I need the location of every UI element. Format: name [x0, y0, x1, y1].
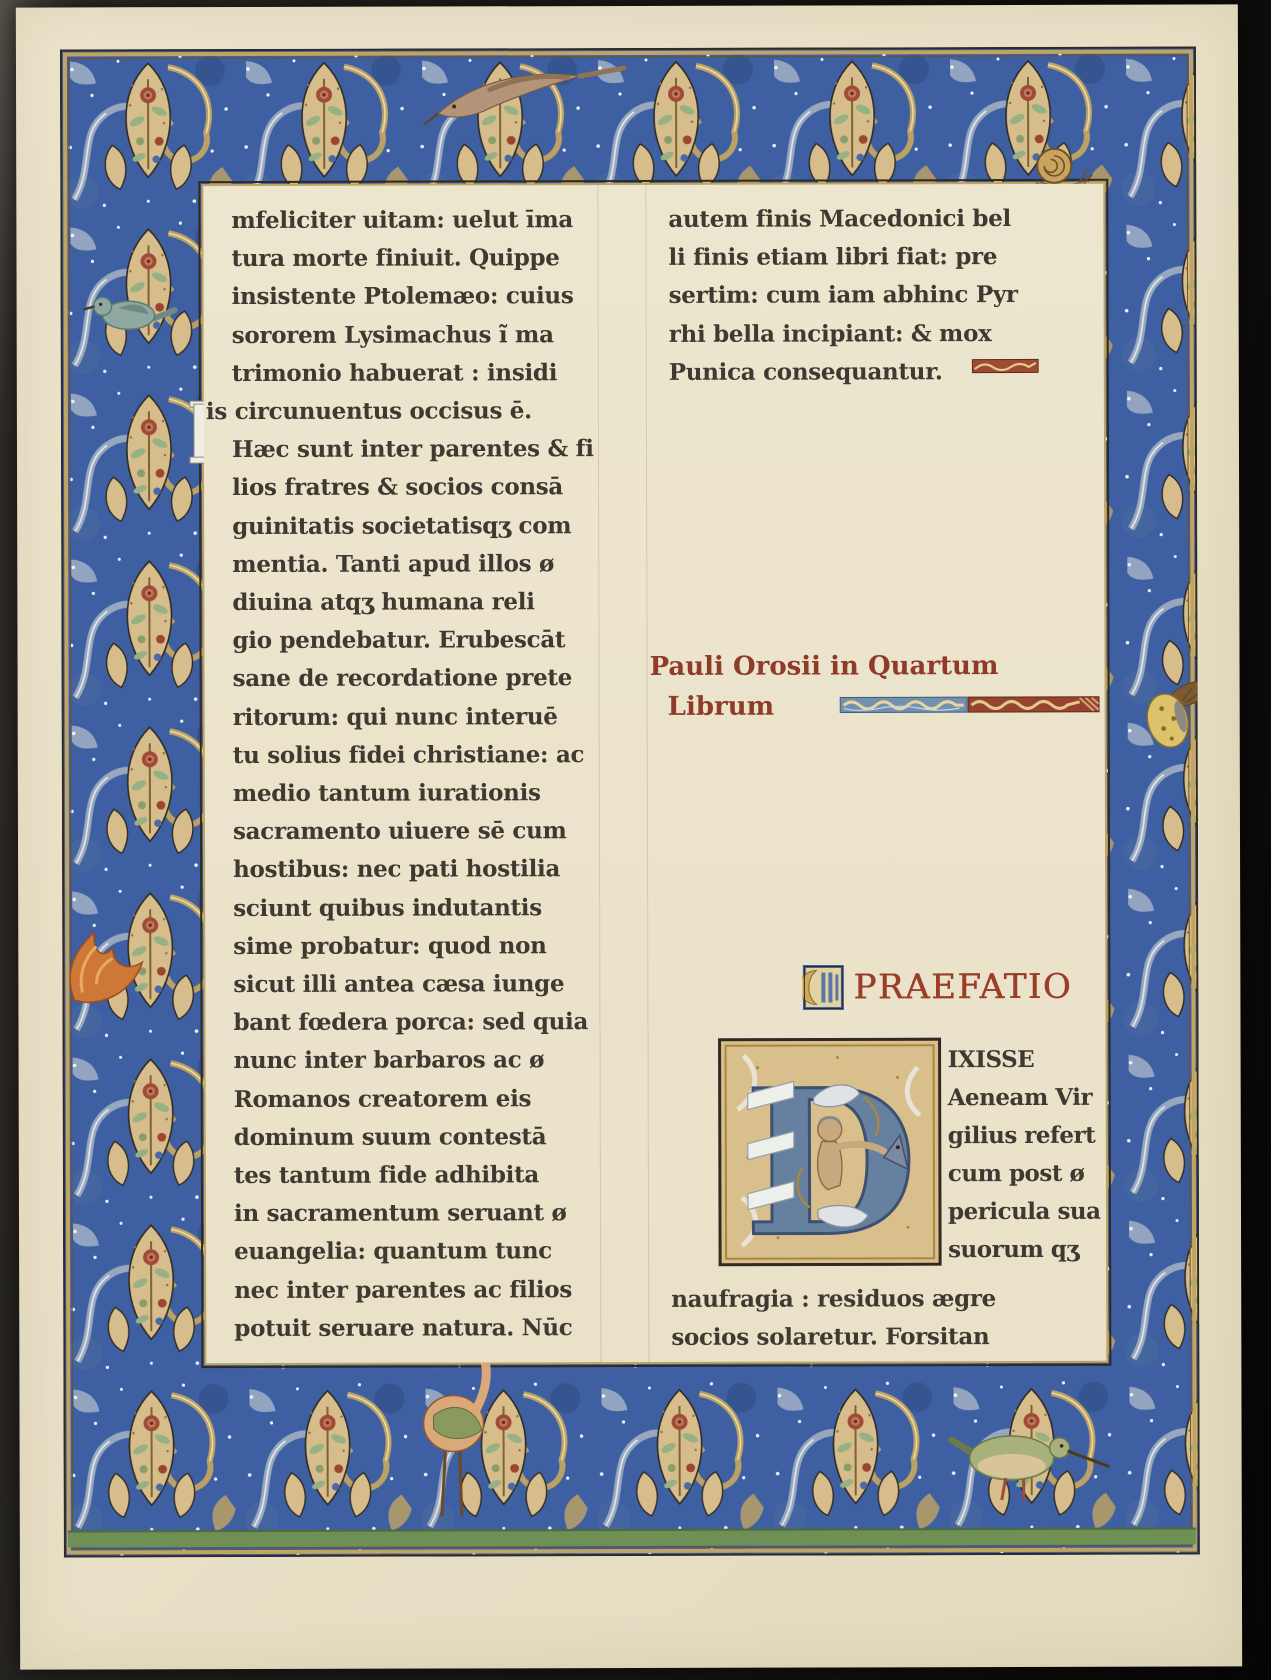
text-line: sertim: cum iam abhinc Pyr [669, 276, 1089, 315]
text-line: potuit seruare natura. Nūc [234, 1309, 604, 1348]
rubric-line: Pauli Orosii in Quartum [650, 646, 999, 687]
line-filler-blue-icon [840, 696, 968, 713]
text-line: hostibus: nec pati hostilia [233, 851, 603, 890]
text-line: rhi bella incipiant: & mox [669, 314, 1089, 353]
text-line: sane de recordatione prete [233, 660, 603, 699]
paragraph-mark-icon [802, 964, 844, 1010]
text-line: diuina atqʒ humana reli [232, 583, 602, 622]
text-line: sororem Lysimachus ĩ ma [232, 316, 602, 355]
photo-backdrop: mfeliciter uitam: uelut īmatura morte fi… [0, 0, 1271, 1680]
text-line: insistente Ptolemæo: cuius [232, 277, 602, 316]
text-line: euangelia: quantum tunc [234, 1233, 604, 1272]
manuscript-page: mfeliciter uitam: uelut īmatura morte fi… [16, 4, 1242, 1669]
line-filler-red-icon [972, 358, 1039, 374]
drop-cap-side-lines: IXISSEAeneam Virgilius refertcum post øp… [948, 1041, 1107, 1269]
section-heading-row: PRAEFATIO [802, 964, 1072, 1011]
illuminated-initial-d: D [718, 1037, 943, 1267]
text-line: nunc inter barbaros ac ø [234, 1042, 604, 1081]
line-filler-red-wave-icon [968, 696, 1100, 713]
text-line: trimonio habuerat : insidi [232, 354, 602, 393]
text-line: dominum suum contestā [234, 1118, 604, 1157]
section-heading: PRAEFATIO [853, 964, 1072, 1011]
column-rule [645, 185, 649, 1362]
text-line: Hæc sunt inter parentes & fi [232, 430, 602, 469]
text-line: Romanos creatorem eis [234, 1080, 604, 1119]
text-line: pericula sua [948, 1193, 1106, 1231]
text-line: is circunuentus occisus ē. [206, 392, 602, 431]
text-line: ritorum: qui nunc interuē [233, 698, 603, 737]
text-line: naufragia : residuos ægre [671, 1280, 996, 1319]
text-line: tes tantum fide adhibita [234, 1156, 604, 1195]
text-line: mentia. Tanti apud illos ø [232, 545, 602, 584]
text-line: mfeliciter uitam: uelut īma [231, 201, 601, 240]
text-line: nec inter parentes ac filios [234, 1271, 604, 1310]
text-line: socios solaretur. Forsitan [671, 1318, 996, 1357]
text-line: autem finis Macedonici bel [668, 200, 1088, 239]
text-line: sacramento uiuere sē cum [233, 812, 603, 851]
text-line: IXISSE [948, 1041, 1106, 1079]
text-line: tu solius fidei christiane: ac [233, 736, 603, 775]
text-line: li finis etiam libri fiat: pre [668, 238, 1088, 277]
text-line: suorum qʒ [948, 1231, 1106, 1269]
illuminated-border-frame: mfeliciter uitam: uelut īmatura morte fi… [60, 47, 1200, 1558]
text-line: sciunt quibus indutantis [233, 889, 603, 928]
text-panel: mfeliciter uitam: uelut īmatura morte fi… [203, 184, 1106, 1363]
book-rubric: Pauli Orosii in Quartum Librum [650, 646, 999, 727]
text-line: gio pendebatur. Erubescāt [232, 621, 602, 660]
text-line: in sacramentum seruant ø [234, 1194, 604, 1233]
text-line: tura morte finiuit. Quippe [231, 239, 601, 278]
text-line: sicut illi antea cæsa iunge [233, 965, 603, 1004]
text-line: lios fratres & socios consā [232, 468, 602, 507]
left-text-column: mfeliciter uitam: uelut īmatura morte fi… [231, 201, 604, 1348]
text-line: bant fœdera porca: sed quia [233, 1003, 603, 1042]
text-line: guinitatis societatisqʒ com [232, 507, 602, 546]
text-line: medio tantum iurationis [233, 774, 603, 813]
text-line: sime probatur: quod non [233, 927, 603, 966]
right-bottom-lines: naufragia : residuos ægresocios solaretu… [671, 1280, 996, 1357]
text-line: gilius refert [948, 1117, 1106, 1155]
text-line: Aeneam Vir [948, 1079, 1106, 1117]
text-line: cum post ø [948, 1155, 1106, 1193]
